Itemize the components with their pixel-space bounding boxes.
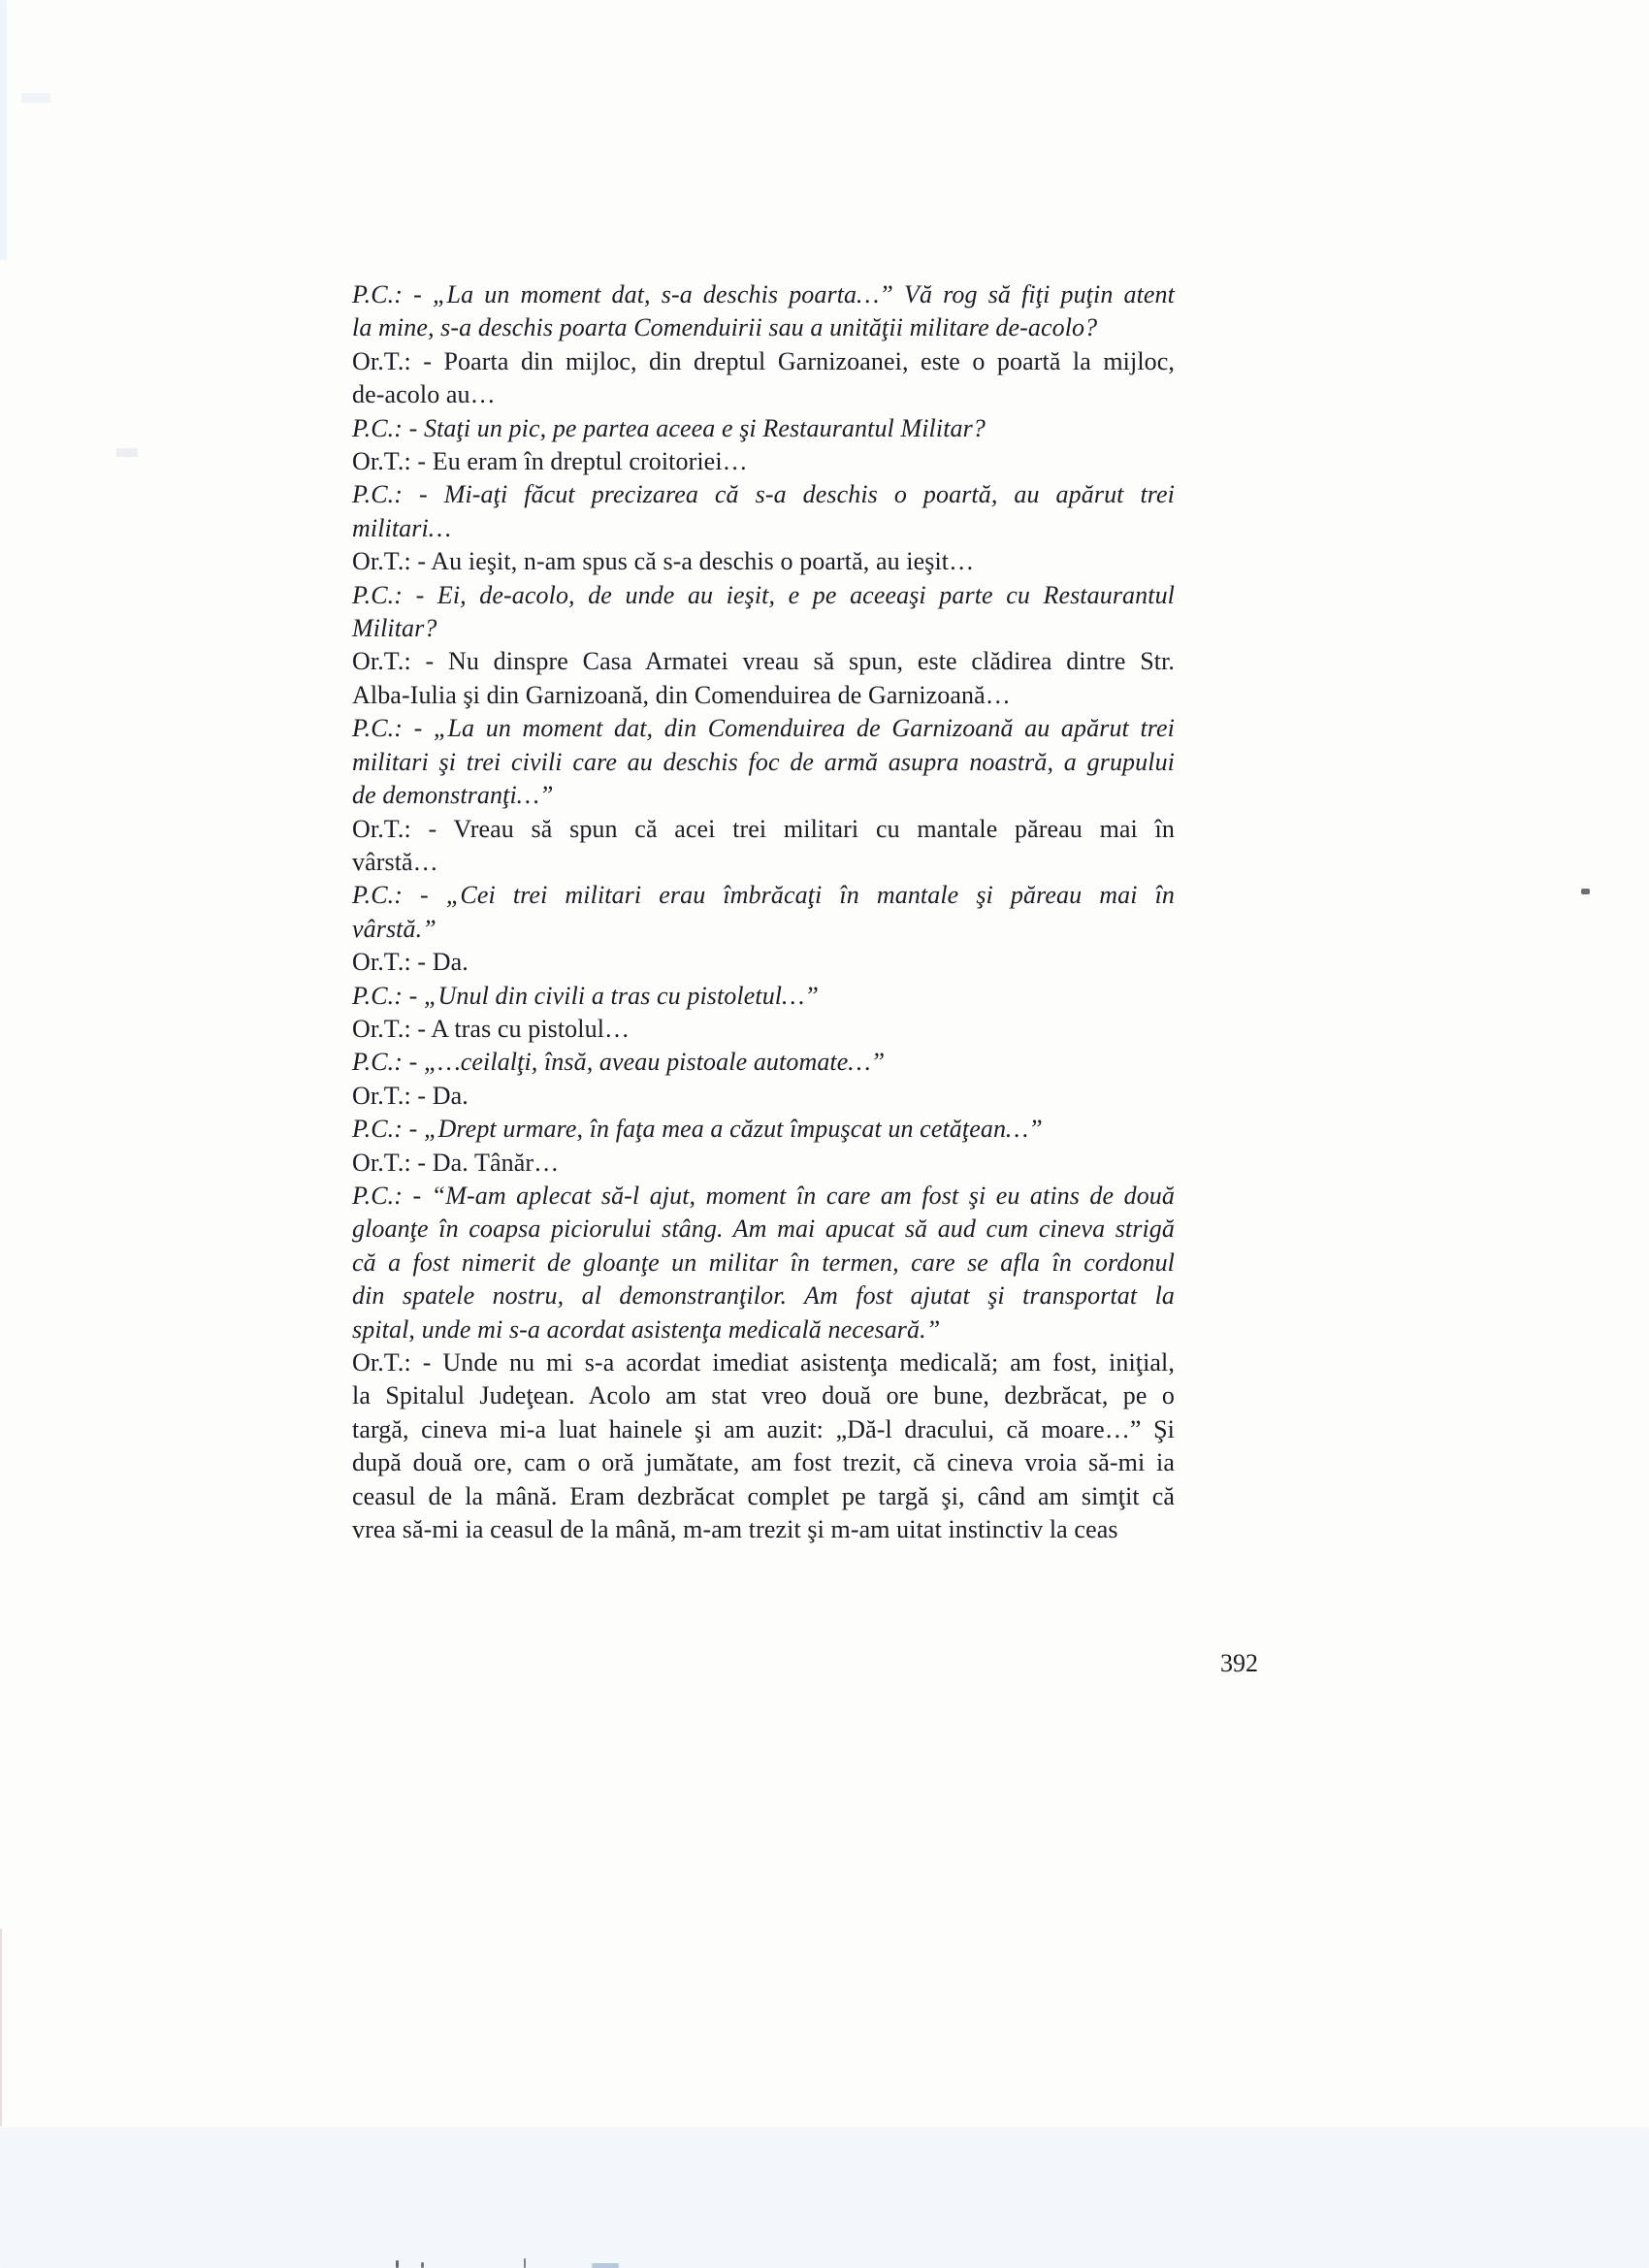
transcript-line: P.C.: - „Unul din civili a tras cu pisto… <box>352 980 1175 1013</box>
transcript-line: la mine, s-a deschis poarta Comenduirii … <box>352 311 1175 344</box>
scan-artifact-left-edge-smudge <box>21 93 50 103</box>
scan-artifact-bottom-edge-blue-dash <box>592 2263 619 2268</box>
transcript-line: Militar? <box>352 612 1175 645</box>
transcript-block: P.C.: - „La un moment dat, s-a deschis p… <box>352 278 1175 1546</box>
transcript-line: Or.T.: - Poarta din mijloc, din dreptul … <box>352 345 1175 378</box>
transcript-line: vrea să-mi ia ceasul de la mână, m-am tr… <box>352 1513 1175 1546</box>
transcript-line: spital, unde mi s-a acordat asistenţa me… <box>352 1313 1175 1346</box>
scan-artifact-left-edge-tint-top <box>0 0 7 260</box>
transcript-line: de-acolo au… <box>352 378 1175 411</box>
transcript-line: Or.T.: - Unde nu mi s-a acordat imediat … <box>352 1346 1175 1379</box>
scan-artifact-right-margin-speck <box>1581 889 1590 894</box>
transcript-line: targă, cineva mi-a luat hainele şi am au… <box>352 1413 1175 1446</box>
transcript-line: la Spitalul Judeţean. Acolo am stat vreo… <box>352 1379 1175 1412</box>
transcript-line: P.C.: - Staţi un pic, pe partea aceea e … <box>352 412 1175 445</box>
transcript-line: gloanţe în coapsa piciorului stâng. Am m… <box>352 1213 1175 1246</box>
scanned-page: P.C.: - „La un moment dat, s-a deschis p… <box>0 0 1649 2268</box>
transcript-line: de demonstranţi…” <box>352 779 1175 812</box>
scan-artifact-bottom-edge-tick-2 <box>421 2262 424 2268</box>
transcript-line: după două ore, cam o oră jumătate, am fo… <box>352 1446 1175 1479</box>
scan-artifact-bottom-edge-tick-3 <box>524 2258 526 2268</box>
transcript-line: Or.T.: - Nu dinspre Casa Armatei vreau s… <box>352 645 1175 678</box>
transcript-line: Or.T.: - Da. <box>352 1080 1175 1113</box>
transcript-line: P.C.: - „La un moment dat, din Comenduir… <box>352 712 1175 745</box>
transcript-line: P.C.: - „Cei trei militari erau îmbrăcaţ… <box>352 879 1175 912</box>
transcript-line: vârstă… <box>352 846 1175 879</box>
transcript-line: Or.T.: - Da. Tânăr… <box>352 1147 1175 1180</box>
transcript-line: P.C.: - „Drept urmare, în faţa mea a căz… <box>352 1113 1175 1146</box>
scan-artifact-bottom-edge-tick-1 <box>396 2260 399 2268</box>
transcript-line: P.C.: - „…ceilalţi, însă, aveau pistoale… <box>352 1046 1175 1079</box>
transcript-line: P.C.: - Mi-aţi făcut precizarea că s-a d… <box>352 478 1175 511</box>
transcript-line: vârstă.” <box>352 913 1175 946</box>
transcript-line: ceasul de la mână. Eram dezbrăcat comple… <box>352 1480 1175 1513</box>
transcript-line: militari şi trei civili care au deschis … <box>352 746 1175 779</box>
transcript-line: militari… <box>352 512 1175 545</box>
transcript-line: Or.T.: - Vreau să spun că acei trei mili… <box>352 813 1175 846</box>
page-number: 392 <box>1220 1649 1258 1678</box>
transcript-line: Or.T.: - Au ieşit, n-am spus că s-a desc… <box>352 545 1175 578</box>
transcript-line: din spatele nostru, al demonstranţilor. … <box>352 1280 1175 1312</box>
scan-artifact-left-edge-line-bottom <box>0 1928 2 2126</box>
transcript-line: P.C.: - “M-am aplecat să-l ajut, moment … <box>352 1180 1175 1213</box>
scan-artifact-bottom-scan-band <box>0 2127 1649 2268</box>
transcript-line: Or.T.: - A tras cu pistolul… <box>352 1013 1175 1046</box>
scan-artifact-left-margin-speck <box>116 448 138 457</box>
transcript-line: P.C.: - Ei, de-acolo, de unde au ieşit, … <box>352 579 1175 612</box>
transcript-line: Or.T.: - Eu eram în dreptul croitoriei… <box>352 445 1175 478</box>
transcript-line: Alba-Iulia şi din Garnizoană, din Comend… <box>352 679 1175 712</box>
transcript-line: P.C.: - „La un moment dat, s-a deschis p… <box>352 278 1175 311</box>
transcript-line: că a fost nimerit de gloanţe un militar … <box>352 1247 1175 1280</box>
transcript-line: Or.T.: - Da. <box>352 946 1175 979</box>
